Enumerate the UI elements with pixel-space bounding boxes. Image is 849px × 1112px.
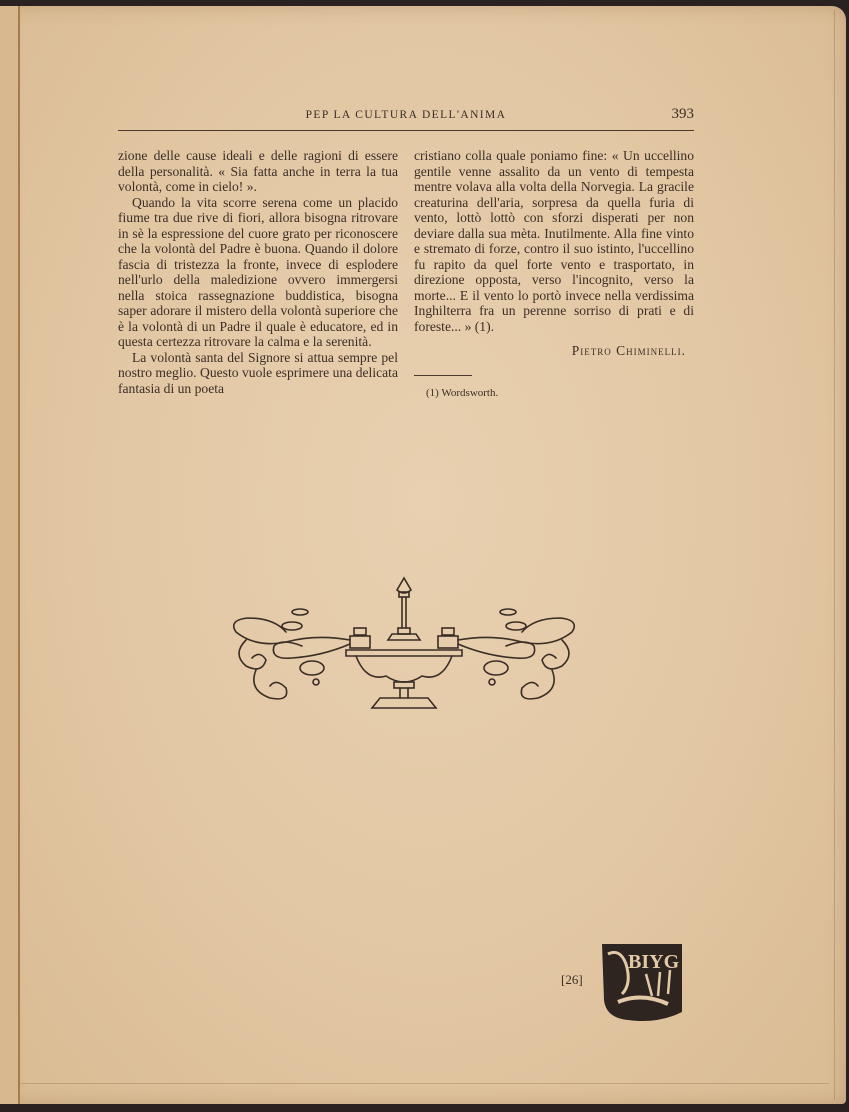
library-stamp-icon: BIYG [598, 940, 686, 1024]
oil-lamp-ornament-icon [226, 570, 582, 716]
running-head: PEP LA CULTURA DELL'ANIMA 393 [118, 104, 694, 131]
svg-text:BIYG: BIYG [628, 951, 680, 973]
paragraph: La volontà santa del Signore si attua se… [118, 350, 398, 397]
running-title: PEP LA CULTURA DELL'ANIMA [118, 109, 694, 121]
left-column: zione delle cause ideali e delle ragioni… [118, 148, 398, 396]
page-fold-bottom [20, 1083, 829, 1084]
page-fold-right [834, 10, 835, 1100]
author-signature: Pietro Chiminelli. [414, 343, 694, 359]
folio-number: [26] [561, 972, 583, 988]
previous-page-edge [0, 6, 20, 1104]
footnote: (1) Wordsworth. [414, 386, 694, 402]
paragraph: Quando la vita scorre serena come un pla… [118, 195, 398, 350]
page-number: 393 [672, 106, 695, 123]
right-column: cristiano colla quale poniamo fine: « Un… [414, 148, 694, 401]
paragraph: zione delle cause ideali e delle ragioni… [118, 148, 398, 195]
footnote-rule [414, 375, 472, 376]
paragraph: cristiano colla quale poniamo fine: « Un… [414, 148, 694, 334]
